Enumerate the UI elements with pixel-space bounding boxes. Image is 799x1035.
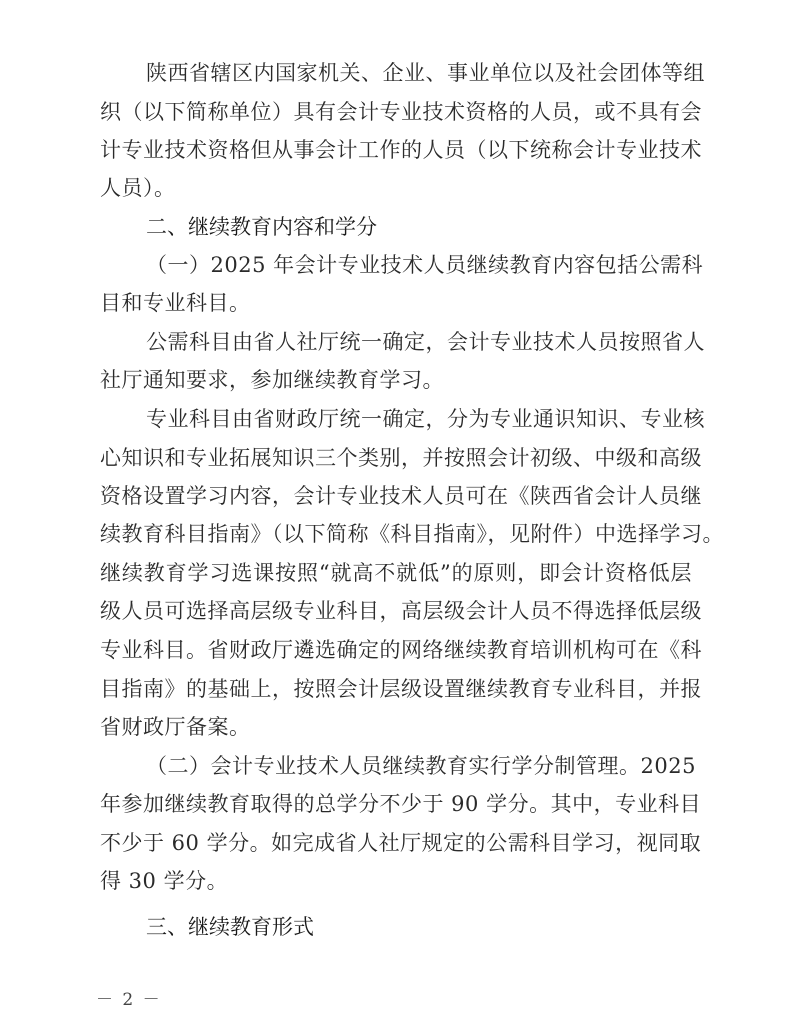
body-line: 公需科目由省人社厅统一确定，会计专业技术人员按照省人 (146, 327, 692, 357)
body-line: 省财政厅备案。 (100, 712, 692, 742)
body-line: 资格设置学习内容，会计专业技术人员可在《陕西省会计人员继 (100, 481, 692, 511)
section-heading-2: 二、继续教育内容和学分 (146, 212, 377, 242)
body-line: 人员）。 (100, 173, 692, 203)
body-line: 专业科目。省财政厅遴选确定的网络继续教育培训机构可在《科 (100, 635, 692, 665)
body-line: （二）会计专业技术人员继续教育实行学分制管理。2025 (146, 751, 692, 781)
body-line: 社厅通知要求，参加继续教育学习。 (100, 365, 692, 395)
body-line: 计专业技术资格但从事会计工作的人员（以下统称会计专业技术 (100, 135, 692, 165)
body-line: 陕西省辖区内国家机关、企业、事业单位以及社会团体等组 (146, 58, 692, 88)
body-line: 得 30 学分。 (100, 866, 692, 896)
body-line: （一）2025 年会计专业技术人员继续教育内容包括公需科 (146, 250, 692, 280)
body-line: 级人员可选择高层级专业科目，高层级会计人员不得选择低层级 (100, 596, 692, 626)
body-line: 心知识和专业拓展知识三个类别，并按照会计初级、中级和高级 (100, 443, 692, 473)
body-line: 续教育科目指南》（以下简称《科目指南》，见附件）中选择学习。 (100, 519, 692, 549)
body-line: 织（以下简称单位）具有会计专业技术资格的人员，或不具有会 (100, 97, 692, 127)
body-line: 年参加继续教育取得的总学分不少于 90 学分。其中，专业科目 (100, 789, 692, 819)
document-page: 陕西省辖区内国家机关、企业、事业单位以及社会团体等组 织（以下简称单位）具有会计… (0, 0, 799, 1035)
section-heading-3: 三、继续教育形式 (146, 912, 314, 942)
page-number: － 2 － (96, 985, 162, 1010)
body-line: 继续教育学习选课按照“就高不就低”的原则，即会计资格低层 (100, 558, 692, 588)
body-line: 专业科目由省财政厅统一确定，分为专业通识知识、专业核 (146, 404, 692, 434)
body-line: 不少于 60 学分。如完成省人社厅规定的公需科目学习，视同取 (100, 828, 692, 858)
body-line: 目指南》的基础上，按照会计层级设置继续教育专业科目，并报 (100, 674, 692, 704)
body-line: 目和专业科目。 (100, 288, 692, 318)
